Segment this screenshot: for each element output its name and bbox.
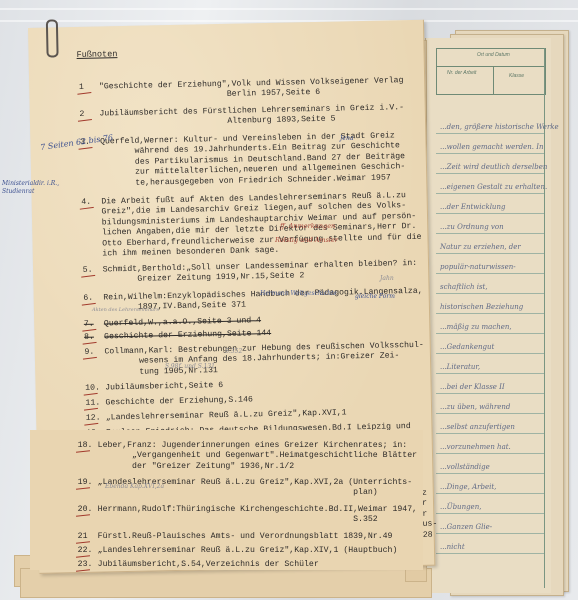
header-place-date: Ort und Datum (477, 52, 510, 58)
handwritten-line: ...vorzunehmen hat. (440, 443, 511, 451)
header-work-number: Nr. der Arbeit (447, 70, 476, 76)
handwritten-line: ...der Entwicklung (440, 203, 505, 211)
correction-jena: Jena (340, 135, 353, 142)
footnote-23: 23.Jubiläumsbericht,S.54,Verzeichnis der… (58, 549, 319, 581)
header-class: Klasse (509, 73, 524, 79)
handwritten-line: ...mäßig zu machen, (440, 323, 512, 331)
handwritten-line: ...Literatur, (440, 363, 480, 371)
paper-clip-icon (46, 19, 59, 57)
handwritten-line: ...Dinge, Arbeit, (440, 483, 496, 491)
handwritten-line: ...Ganzen Glie- (440, 523, 492, 531)
note-fn11: Hermann Weltgeschichte (260, 290, 337, 297)
notebook-page: Ort und Datum Nr. der Arbeit Klasse ...d… (425, 38, 551, 593)
footnote-sheet-lower: 18.Leber,Franz: Jugenderinnerungen eines… (30, 430, 423, 570)
handwritten-line: schaftlich ist, (440, 283, 488, 291)
note-fn11-right: gleiche Form (355, 293, 395, 300)
handwritten-line: ...nicht (440, 543, 465, 551)
note-fn7: ff. Anmerkungen (280, 222, 335, 230)
handwritten-line: Natur zu erziehen, der (440, 243, 521, 251)
handwritten-line: ...zu Ordnung von (440, 223, 504, 231)
handwritten-line: ...den, größere historische Werke (440, 123, 559, 131)
handwritten-line: ...vollständige (440, 463, 490, 471)
margin-note-title: Ministerialdir. i.R., Studienrat (2, 180, 62, 196)
notebook-header-table: Ort und Datum Nr. der Arbeit Klasse (436, 48, 546, 95)
note-fn9: Jahn (380, 275, 394, 282)
note-fn8: Rolstig und Amsler (275, 236, 338, 244)
handwritten-line: ...zu üben, während (440, 403, 510, 411)
handwritten-line: ...Zeit wird deutlich derselben (440, 163, 547, 171)
handwritten-line: ...eigenen Gestalt zu erhalten. (440, 183, 547, 191)
handwritten-line: ...bei der Klasse II (440, 383, 505, 391)
cloth-fold (0, 8, 578, 10)
handwritten-line: populär-naturwissen- (440, 263, 516, 271)
handwritten-line: ...wollen gemacht werden. In (440, 143, 543, 151)
note-fn14: S.352 (225, 348, 242, 355)
page-title: Fußnoten (76, 49, 117, 60)
note-fn12: Akten des Lehrerseminars (92, 307, 159, 313)
note-fn15: S.98f. und S.131 (165, 363, 215, 370)
note-fn20: Ebenda Kap.XVI,2a (105, 483, 164, 490)
handwritten-line: ...Gedankengut (440, 343, 494, 351)
handwritten-line: ...Übungen, (440, 503, 481, 511)
handwritten-line: historischen Beziehung (440, 303, 523, 311)
handwritten-line: ...selbst anzufertigen (440, 423, 515, 431)
